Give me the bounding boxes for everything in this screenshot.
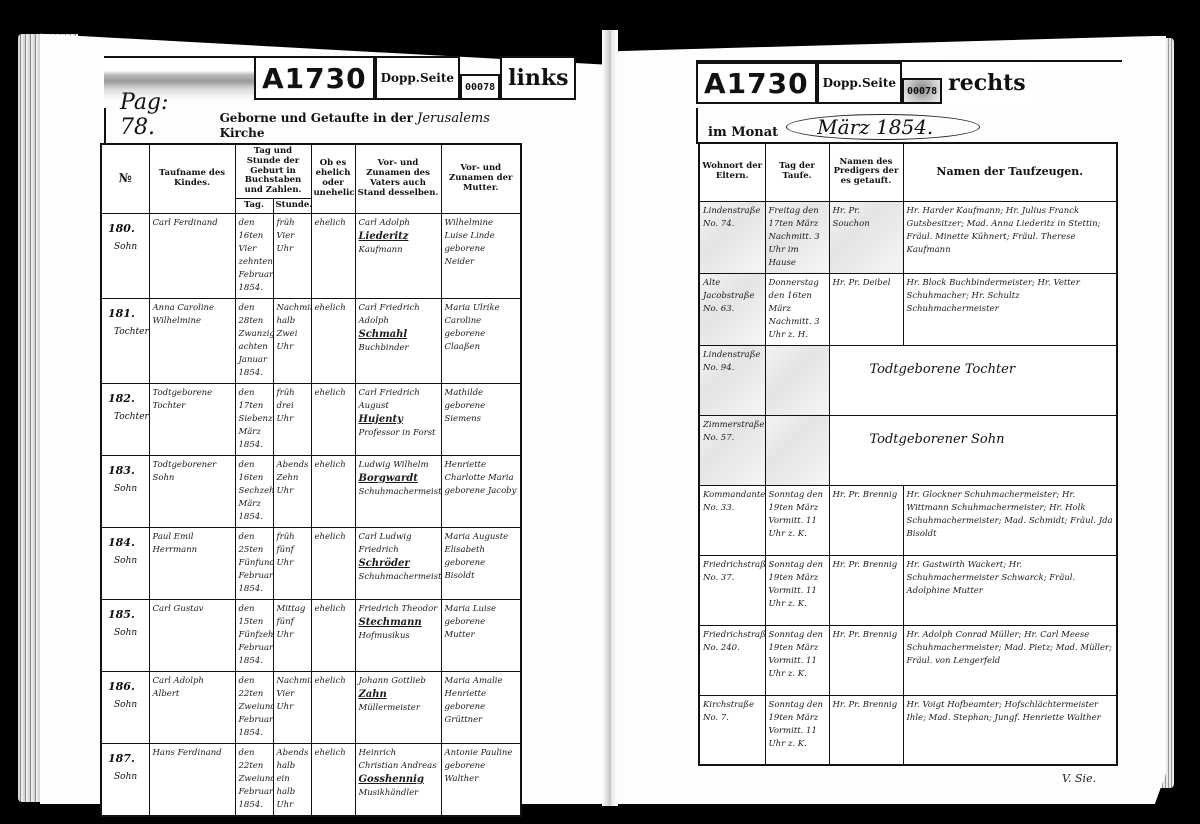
- child-name: Carl Adolph Albert: [149, 671, 235, 743]
- table-row: Zimmerstraße No. 57. Todtgeborener Sohn: [699, 415, 1117, 485]
- double-page-label: Dopp.Seite: [375, 56, 460, 100]
- father: Carl AdolphLiederitzKaufmann: [355, 213, 441, 298]
- table-row: Alte Jacobstraße No. 63. Donnerstag den …: [699, 273, 1117, 345]
- col-header-mother: Vor- und Zunamen der Mutter.: [441, 144, 521, 213]
- stillbirth-note: Todtgeborener Sohn: [829, 415, 1117, 485]
- entry-number: 186.Sohn: [101, 671, 149, 743]
- archive-code: A1730: [254, 56, 375, 100]
- right-title-line: im Monat März 1854.: [696, 108, 1122, 144]
- register-title-suffix: Kirche: [220, 126, 265, 140]
- table-row: 185.Sohn Carl Gustav den 15ten Fünfzehnt…: [101, 599, 521, 671]
- baptism-register-table: Wohnort der Eltern. Tag der Taufe. Namen…: [698, 142, 1118, 766]
- col-header-residence: Wohnort der Eltern.: [699, 143, 765, 201]
- table-row: Friedrichstraße No. 240. Sonntag den 19t…: [699, 625, 1117, 695]
- stillbirth-note: Todtgeborene Tochter: [829, 345, 1117, 415]
- table-row: Lindenstraße No. 94. Todtgeborene Tochte…: [699, 345, 1117, 415]
- book-gutter: [602, 30, 618, 806]
- birth-hour: früh Vier Uhr: [273, 213, 311, 298]
- baptism-day: Sonntag den 19ten März Vormitt. 11 Uhr z…: [765, 485, 829, 555]
- legitimacy: ehelich: [311, 527, 355, 599]
- col-header-birth: Tag und Stunde der Geburt in Buchstaben …: [235, 144, 311, 198]
- residence: Friedrichstraße No. 240.: [699, 625, 765, 695]
- right-header-strip: A1730 Dopp.Seite 00078 rechts: [696, 60, 1122, 104]
- birth-day: den 22ten Zweiundzwanzigsten Februar 185…: [235, 671, 273, 743]
- child-name: Paul Emil Herrmann: [149, 527, 235, 599]
- child-name: Anna Caroline Wilhelmine: [149, 298, 235, 383]
- birth-hour: Nachmitt. halb Zwei Uhr: [273, 298, 311, 383]
- births-register-table: № Taufname des Kindes. Tag und Stunde de…: [100, 143, 522, 817]
- child-name: Hans Ferdinand: [149, 743, 235, 816]
- legitimacy: ehelich: [311, 455, 355, 527]
- preacher: Hr. Pr. Souchon: [829, 201, 903, 273]
- preacher: Hr. Pr. Brennig: [829, 555, 903, 625]
- birth-day: den 15ten Fünfzehnten Februar 1854.: [235, 599, 273, 671]
- mother: Henriette Charlotte Maria geborene Jacob…: [441, 455, 521, 527]
- table-row: 181.Tochter Anna Caroline Wilhelmine den…: [101, 298, 521, 383]
- baptism-day: [765, 415, 829, 485]
- birth-day: den 28ten Zwanzig achten Januar 1854.: [235, 298, 273, 383]
- birth-hour: früh drei Uhr: [273, 383, 311, 455]
- baptism-day: Donnerstag den 16ten März Nachmitt. 3 Uh…: [765, 273, 829, 345]
- entry-number: 182.Tochter: [101, 383, 149, 455]
- godparents: Hr. Gastwirth Wackert; Hr. Schuhmacherme…: [903, 555, 1117, 625]
- child-name: Carl Ferdinand: [149, 213, 235, 298]
- col-header-number: №: [101, 144, 149, 213]
- col-header-godparents: Namen der Taufzeugen.: [903, 143, 1117, 201]
- table-row: 186.Sohn Carl Adolph Albert den 22ten Zw…: [101, 671, 521, 743]
- double-page-label: Dopp.Seite: [817, 62, 902, 104]
- col-header-birth-hour: Stunde.: [273, 198, 311, 213]
- birth-day: den 22ten Zweiundzwanzigsten Februar 185…: [235, 743, 273, 816]
- birth-hour: früh fünf Uhr: [273, 527, 311, 599]
- table-row: Kirchstraße No. 7. Sonntag den 19ten Mär…: [699, 695, 1117, 765]
- clerk-signature: V. Sie.: [1062, 772, 1096, 785]
- baptism-day: Sonntag den 19ten März Vormitt. 11 Uhr z…: [765, 625, 829, 695]
- col-header-legitimate: Ob es ehelich oder unehelich: [311, 144, 355, 213]
- godparents: Hr. Voigt Hofbeamter; Hofschlächtermeist…: [903, 695, 1117, 765]
- baptism-day: [765, 345, 829, 415]
- col-header-preacher: Namen des Predigers der es getauft.: [829, 143, 903, 201]
- child-name: Carl Gustav: [149, 599, 235, 671]
- father: Heinrich Christian AndreasGosshennigMusi…: [355, 743, 441, 816]
- entry-number: 187.Sohn: [101, 743, 149, 816]
- page-side-label: rechts: [942, 62, 1032, 104]
- table-row: Lindenstraße No. 74. Freitag den 17ten M…: [699, 201, 1117, 273]
- baptism-day: Freitag den 17ten März Nachmitt. 3 Uhr i…: [765, 201, 829, 273]
- mother: Mathilde geborene Siemens: [441, 383, 521, 455]
- page-side-label: links: [500, 56, 576, 100]
- father: Friedrich TheodorStechmannHofmusikus: [355, 599, 441, 671]
- left-title-line: Pag: 78. Geborne und Getaufte in der Jer…: [104, 108, 530, 144]
- godparents: Hr. Adolph Conrad Müller; Hr. Carl Meese…: [903, 625, 1117, 695]
- page-reference: Pag: 78.: [120, 90, 206, 140]
- month-label: im Monat: [708, 125, 778, 140]
- table-row: 183.Sohn Todtgeborener Sohn den 16ten Se…: [101, 455, 521, 527]
- image-number: 00078: [460, 74, 500, 100]
- register-title: Geborne und Getaufte in der Jerusalems K…: [220, 111, 522, 140]
- residence: Lindenstraße No. 74.: [699, 201, 765, 273]
- col-header-baptism-day: Tag der Taufe.: [765, 143, 829, 201]
- father: Carl Friedrich AugustHujentyProfessor in…: [355, 383, 441, 455]
- father: Carl Friedrich AdolphSchmahlBuchbinder: [355, 298, 441, 383]
- entry-number: 180.Sohn: [101, 213, 149, 298]
- father: Carl Ludwig FriedrichSchröderSchuhmacher…: [355, 527, 441, 599]
- legitimacy: ehelich: [311, 743, 355, 816]
- child-name: Todtgeborene Tochter: [149, 383, 235, 455]
- legitimacy: ehelich: [311, 599, 355, 671]
- preacher: Hr. Pr. Brennig: [829, 625, 903, 695]
- image-number: 00078: [902, 78, 942, 104]
- preacher: Hr. Pr. Brennig: [829, 695, 903, 765]
- month-value: März 1854.: [786, 114, 980, 140]
- godparents: Hr. Harder Kaufmann; Hr. Julius Franck G…: [903, 201, 1117, 273]
- register-title-text: Geborne und Getaufte in der: [220, 111, 413, 125]
- preacher: Hr. Pr. Brennig: [829, 485, 903, 555]
- birth-hour: Nachmitt. Vier Uhr: [273, 671, 311, 743]
- baptism-day: Sonntag den 19ten März Vormitt. 11 Uhr z…: [765, 695, 829, 765]
- entry-number: 183.Sohn: [101, 455, 149, 527]
- residence: Kirchstraße No. 7.: [699, 695, 765, 765]
- mother: Maria Auguste Elisabeth geborene Bisoldt: [441, 527, 521, 599]
- legitimacy: ehelich: [311, 298, 355, 383]
- table-row: 184.Sohn Paul Emil Herrmann den 25ten Fü…: [101, 527, 521, 599]
- mother: Wilhelmine Luise Linde geborene Neider: [441, 213, 521, 298]
- entry-number: 181.Tochter: [101, 298, 149, 383]
- residence: Zimmerstraße No. 57.: [699, 415, 765, 485]
- residence: Kommandantenstraße No. 33.: [699, 485, 765, 555]
- mother: Antonie Pauline geborene Walther: [441, 743, 521, 816]
- preacher: Hr. Pr. Deibel: [829, 273, 903, 345]
- table-row: 187.Sohn Hans Ferdinand den 22ten Zweiun…: [101, 743, 521, 816]
- residence: Alte Jacobstraße No. 63.: [699, 273, 765, 345]
- mother: Maria Amalie Henriette geborene Grüttner: [441, 671, 521, 743]
- birth-hour: Abends halb ein halb Uhr: [273, 743, 311, 816]
- residence: Lindenstraße No. 94.: [699, 345, 765, 415]
- table-row: 182.Tochter Todtgeborene Tochter den 17t…: [101, 383, 521, 455]
- table-row: Kommandantenstraße No. 33. Sonntag den 1…: [699, 485, 1117, 555]
- birth-hour: Mittag fünf Uhr: [273, 599, 311, 671]
- col-header-child-name: Taufname des Kindes.: [149, 144, 235, 213]
- godparents: Hr. Glockner Schuhmachermeister; Hr. Wit…: [903, 485, 1117, 555]
- table-row: Friedrichstraße No. 37. Sonntag den 19te…: [699, 555, 1117, 625]
- father: Johann GottliebZahnMüllermeister: [355, 671, 441, 743]
- father: Ludwig WilhelmBorgwardtSchuhmachermeiste…: [355, 455, 441, 527]
- godparents: Hr. Block Buchbindermeister; Hr. Vetter …: [903, 273, 1117, 345]
- legitimacy: ehelich: [311, 671, 355, 743]
- birth-day: den 17ten Siebenzehnten März 1854.: [235, 383, 273, 455]
- legitimacy: ehelich: [311, 213, 355, 298]
- birth-hour: Abends Zehn Uhr: [273, 455, 311, 527]
- table-row: 180.Sohn Carl Ferdinand den 16ten Vier z…: [101, 213, 521, 298]
- baptism-day: Sonntag den 19ten März Vormitt. 11 Uhr z…: [765, 555, 829, 625]
- entry-number: 185.Sohn: [101, 599, 149, 671]
- residence: Friedrichstraße No. 37.: [699, 555, 765, 625]
- archive-code: A1730: [696, 62, 817, 104]
- mother: Maria Ulrike Caroline geborene Claaßen: [441, 298, 521, 383]
- church-name: Jerusalems: [417, 111, 490, 126]
- col-header-birth-day: Tag.: [235, 198, 273, 213]
- entry-number: 184.Sohn: [101, 527, 149, 599]
- mother: Maria Luise geborene Mutter: [441, 599, 521, 671]
- birth-day: den 25ten Fünfundzwanzigsten Februar 185…: [235, 527, 273, 599]
- birth-day: den 16ten Sechzehnten März 1854.: [235, 455, 273, 527]
- legitimacy: ehelich: [311, 383, 355, 455]
- child-name: Todtgeborener Sohn: [149, 455, 235, 527]
- birth-day: den 16ten Vier zehnten Februar 1854.: [235, 213, 273, 298]
- col-header-father: Vor- und Zunamen des Vaters auch Stand d…: [355, 144, 441, 213]
